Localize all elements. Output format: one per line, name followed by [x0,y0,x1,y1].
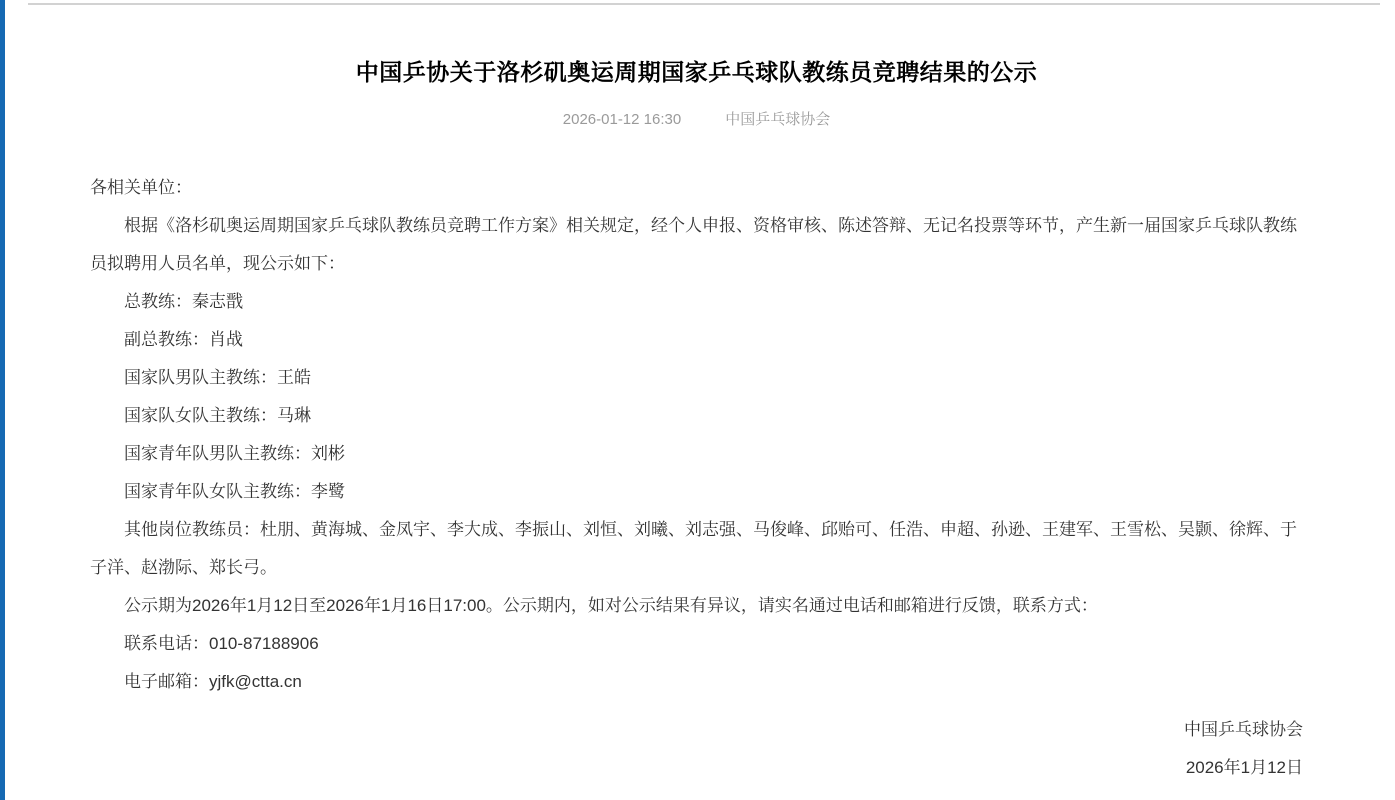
article-body: 各相关单位： 根据《洛杉矶奥运周期国家乒乓球队教练员竞聘工作方案》相关规定，经个… [90,169,1303,701]
intro-paragraph: 根据《洛杉矶奥运周期国家乒乓球队教练员竞聘工作方案》相关规定，经个人申报、资格审… [90,207,1303,283]
contact-phone-line: 联系电话：010-87188906 [90,625,1303,663]
article: 中国乒协关于洛杉矶奥运周期国家乒乓球队教练员竞聘结果的公示 2026-01-12… [0,0,1395,787]
publish-datetime: 2026-01-12 16:30 [563,111,681,128]
deputy-head-coach-line: 副总教练：肖战 [90,321,1303,359]
signature-date: 2026年1月12日 [90,749,1303,787]
womens-team-head-coach-line: 国家队女队主教练：马琳 [90,397,1303,435]
publicity-period-line: 公示期为2026年1月12日至2026年1月16日17:00。公示期内，如对公示… [90,587,1303,625]
contact-email-line: 电子邮箱：yjfk@ctta.cn [90,663,1303,701]
publish-source: 中国乒乓球协会 [725,111,830,128]
announcement-page: 中国乒协关于洛杉矶奥运周期国家乒乓球队教练员竞聘结果的公示 2026-01-12… [0,0,1395,800]
signature-org: 中国乒乓球协会 [90,711,1303,749]
other-coaches-line: 其他岗位教练员：杜朋、黄海城、金凤宇、李大成、李振山、刘恒、刘曦、刘志强、马俊峰… [90,511,1303,587]
head-coach-line: 总教练：秦志戬 [90,283,1303,321]
page-title: 中国乒协关于洛杉矶奥运周期国家乒乓球队教练员竞聘结果的公示 [90,58,1303,88]
signature-block: 中国乒乓球协会 2026年1月12日 [90,711,1303,787]
junior-mens-head-coach-line: 国家青年队男队主教练：刘彬 [90,435,1303,473]
mens-team-head-coach-line: 国家队男队主教练：王皓 [90,359,1303,397]
salutation: 各相关单位： [90,169,1303,207]
article-meta: 2026-01-12 16:30中国乒乓球协会 [90,108,1303,129]
junior-womens-head-coach-line: 国家青年队女队主教练：李鹭 [90,473,1303,511]
